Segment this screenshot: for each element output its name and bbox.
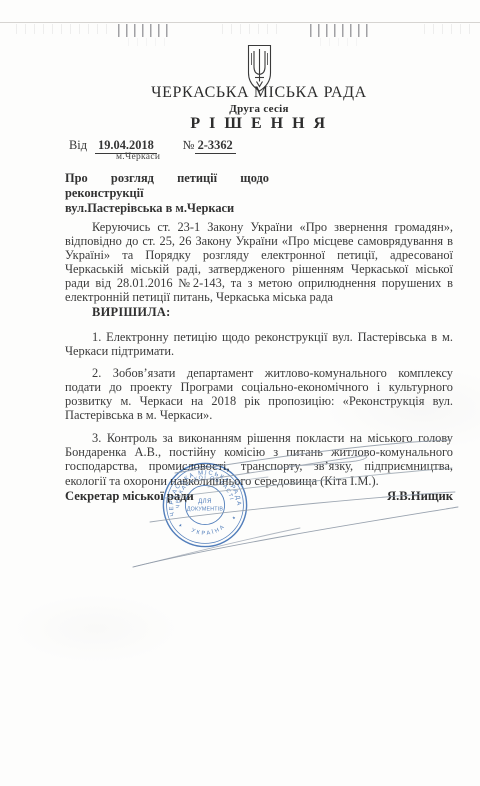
subject-line: реконструкції bbox=[65, 186, 269, 201]
date-label: Від bbox=[69, 138, 87, 152]
org-name: ЧЕРКАСЬКА МІСЬКА РАДА bbox=[65, 84, 453, 102]
handwritten-signature bbox=[120, 425, 470, 575]
scan-artifact-ticks bbox=[424, 24, 474, 34]
scan-artifact-ticks bbox=[128, 38, 168, 46]
city-label: м.Черкаси bbox=[116, 152, 160, 162]
subject-line: вул.Пастерівська в м.Черкаси bbox=[65, 201, 269, 216]
document-page: ЧЕРКАСЬКА МІСЬКА РАДА Друга сесія Р І Ш … bbox=[0, 0, 480, 786]
resolved-label: ВИРІШИЛА: bbox=[65, 305, 453, 319]
session-subtitle: Друга сесія bbox=[65, 103, 453, 115]
number-label: № bbox=[183, 138, 195, 152]
scan-artifact-ticks bbox=[118, 24, 174, 37]
resolution-item: 2. Зобов’язати департамент житлово-комун… bbox=[65, 366, 453, 422]
preamble-paragraph: Керуючись ст. 23-1 Закону України «Про з… bbox=[65, 220, 453, 305]
number-value: 2-3362 bbox=[195, 138, 236, 154]
subject-block: Про розгляд петиції щодо реконструкції в… bbox=[65, 171, 269, 215]
doc-meta-line: Від19.04.2018№2-3362 bbox=[69, 138, 236, 153]
scan-artifact-line bbox=[0, 22, 480, 23]
scan-artifact-ticks bbox=[310, 24, 368, 37]
scan-artifact-ticks bbox=[320, 38, 360, 46]
scan-artifact-ticks bbox=[16, 24, 112, 34]
document-type-title: Р І Ш Е Н Н Я bbox=[65, 115, 453, 133]
subject-line: Про розгляд петиції щодо bbox=[65, 171, 269, 186]
resolution-item: 1. Електронну петицію щодо реконструкції… bbox=[65, 330, 453, 358]
scan-artifact-ticks bbox=[222, 24, 280, 34]
